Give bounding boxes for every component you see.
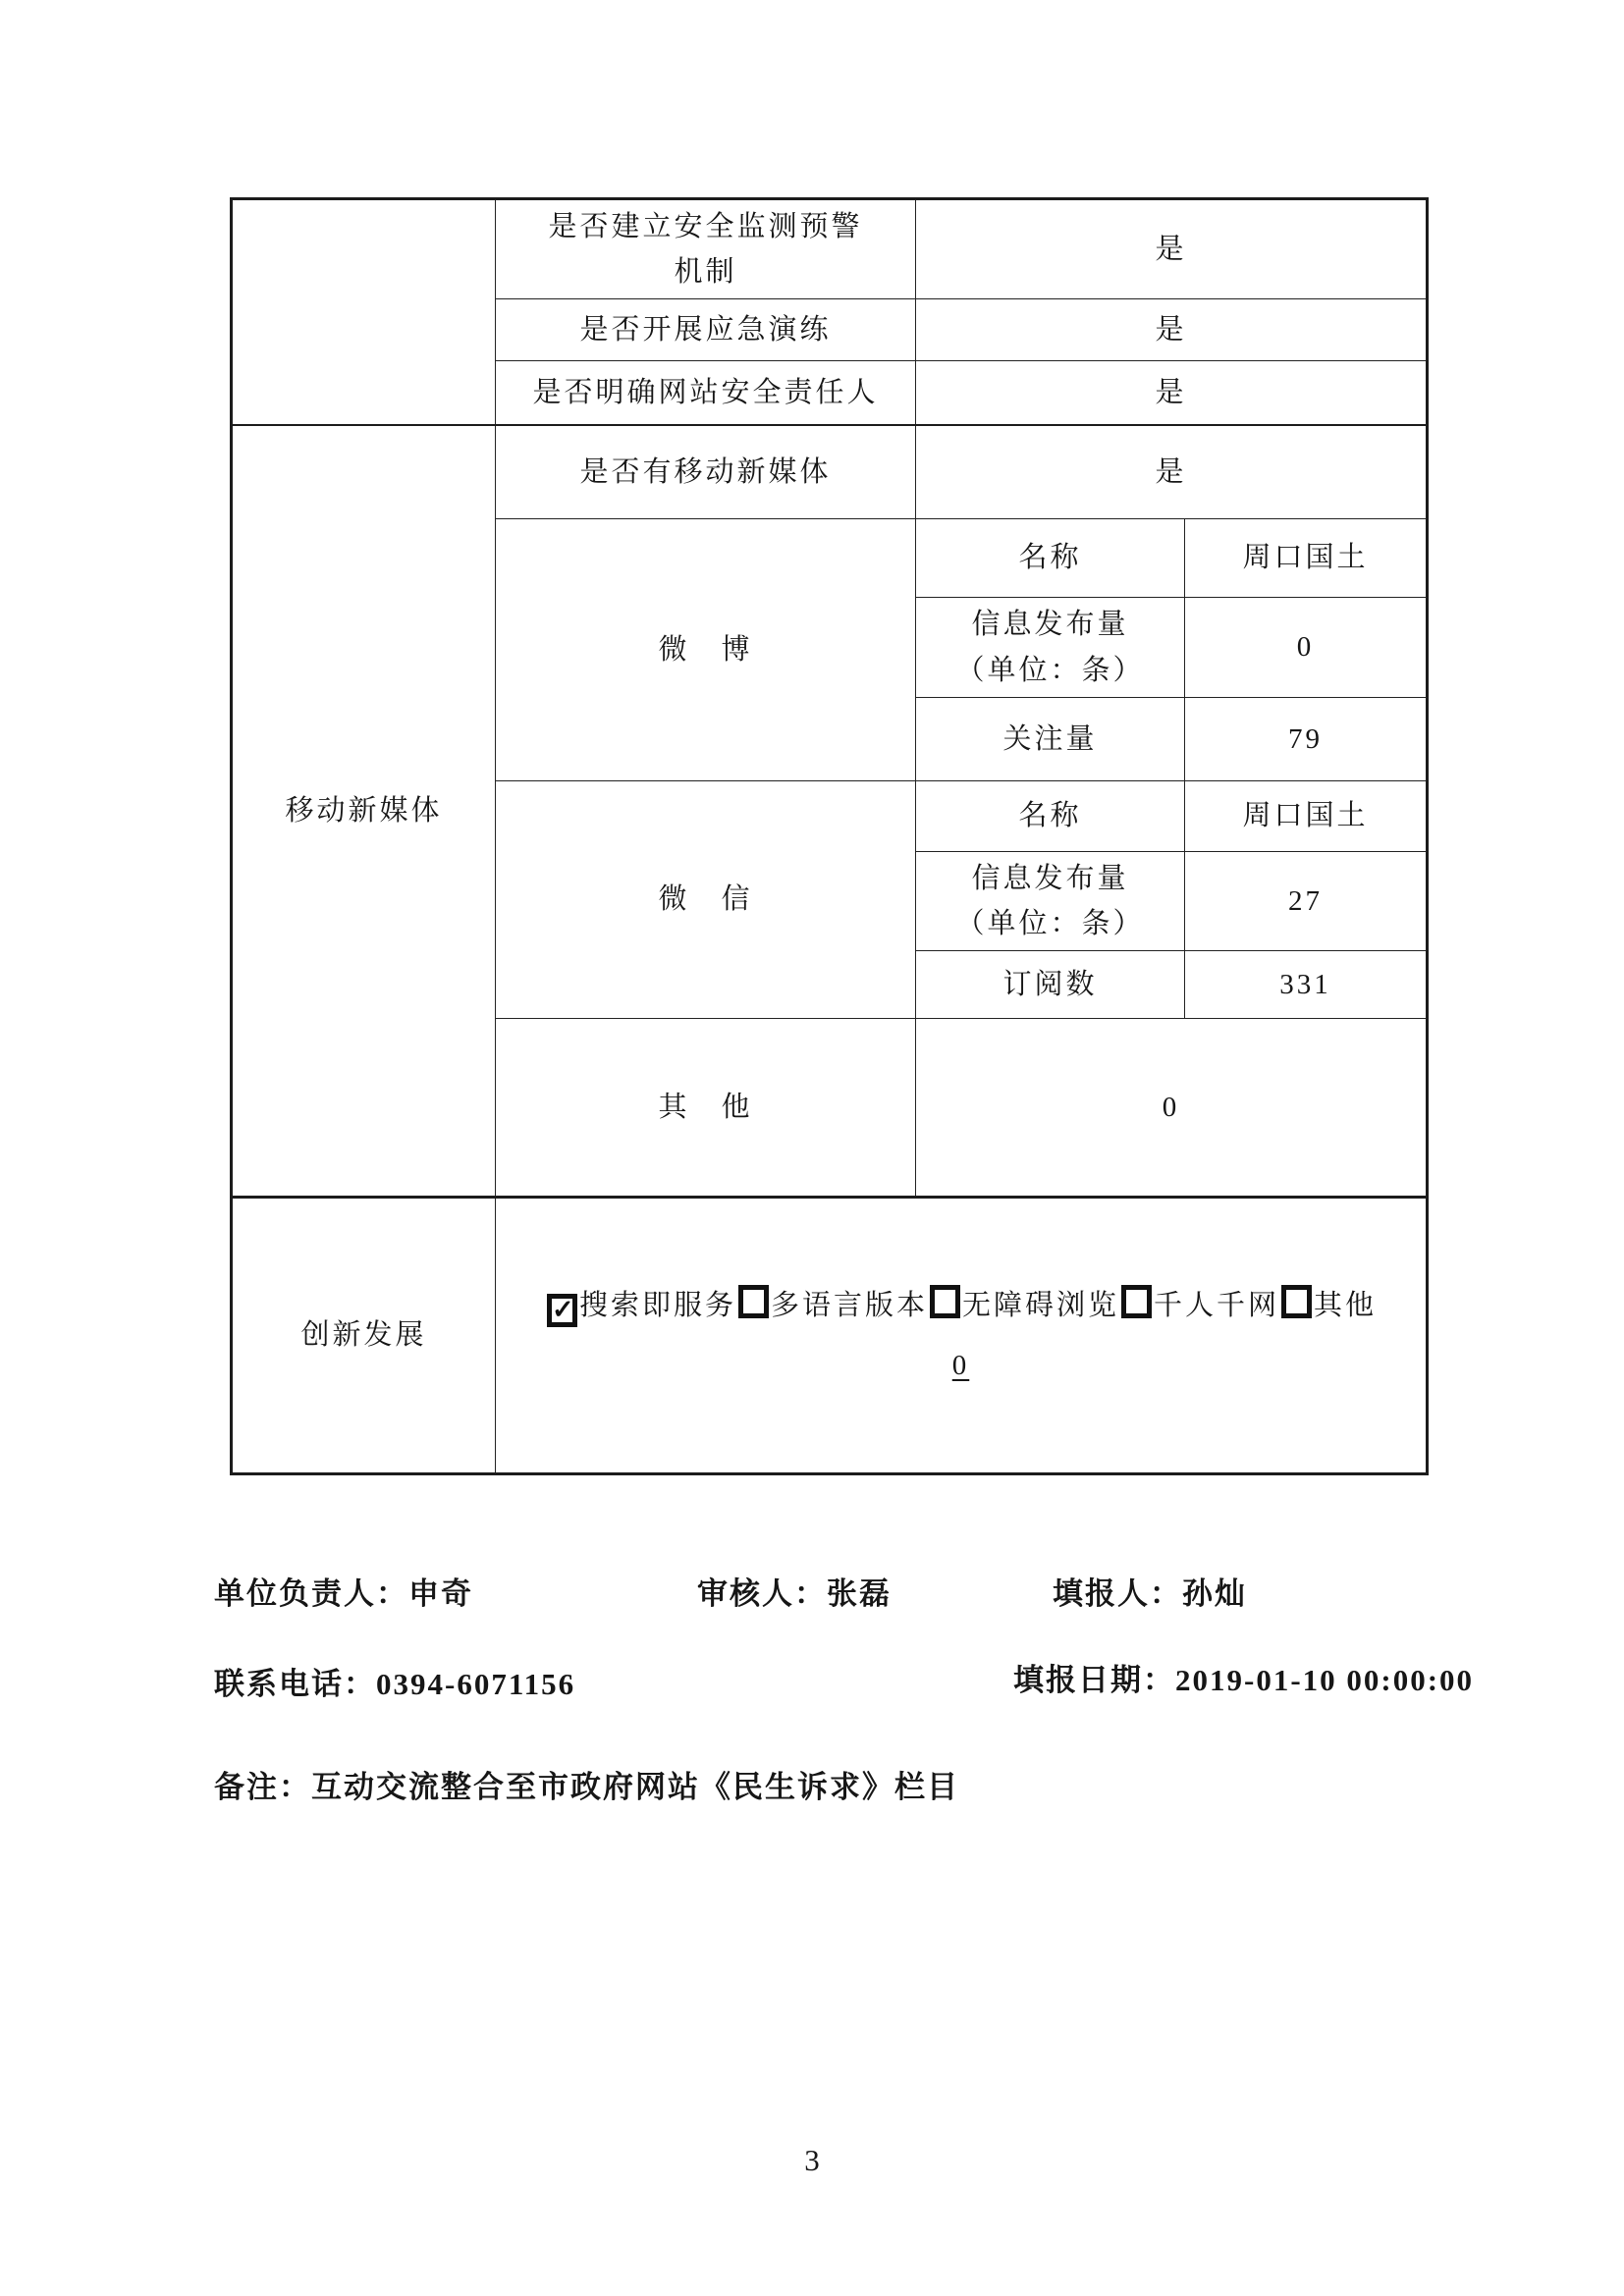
weibo-name-value: 周口国土 [1185,519,1428,598]
table-row: 移动新媒体 是否有移动新媒体 是 [232,425,1428,519]
checkbox-search-service[interactable]: ✓ [547,1294,577,1327]
weibo-publish-label: 信息发布量 （单位：条） [916,598,1185,698]
checkmark-icon: ✓ [552,1299,572,1322]
checkbox-multilingual[interactable] [738,1285,769,1318]
weibo-follow-label: 关注量 [916,698,1185,781]
wechat-subscribe-value: 331 [1185,951,1428,1019]
phone-value: 0394-6071156 [376,1667,575,1701]
checkmark-icon [1126,1290,1147,1313]
wechat-label-cell: 微 信 [496,781,916,1019]
report-date-value: 2019-01-10 00:00:00 [1175,1663,1474,1697]
weibo-label-cell: 微 博 [496,519,916,781]
checkmark-icon [1286,1290,1307,1313]
document-page: 是否建立安全监测预警 机制 是 是否开展应急演练 是 是否明确网站安全责任人 是… [0,0,1624,2296]
table-row: 是否建立安全监测预警 机制 是 [232,199,1428,299]
table-row: 创新发展 ✓搜索即服务多语言版本无障碍浏览千人千网其他 0 [232,1198,1428,1474]
question-emergency-drill: 是否开展应急演练 [496,299,916,361]
option-label-search-service: 搜索即服务 [579,1290,736,1321]
remark-label: 备注： [214,1770,311,1804]
question-has-mobile-media: 是否有移动新媒体 [496,425,916,519]
answer-monitor-warning: 是 [916,199,1428,299]
checkmark-icon [935,1290,955,1313]
checkbox-other[interactable] [1281,1285,1312,1318]
wechat-name-value: 周口国土 [1185,781,1428,852]
page-number: 3 [0,2143,1624,2178]
innovation-options-cell: ✓搜索即服务多语言版本无障碍浏览千人千网其他 0 [496,1198,1428,1474]
wechat-name-label: 名称 [916,781,1185,852]
wechat-publish-label: 信息发布量 （单位：条） [916,852,1185,951]
option-label-multilingual: 多语言版本 [771,1290,928,1321]
unit-head-value: 申奇 [408,1576,473,1611]
wechat-publish-value: 27 [1185,852,1428,951]
option-label-accessibility: 无障碍浏览 [962,1290,1119,1321]
report-date-label: 填报日期： [1013,1663,1175,1697]
innovation-other-value: 0 [506,1343,1416,1388]
reviewer-line: 审核人：张磊 [697,1569,892,1613]
group-cell-innovation: 创新发展 [232,1198,496,1474]
checkbox-accessibility[interactable] [930,1285,960,1318]
phone-line: 联系电话：0394-6071156 [214,1659,575,1703]
checkmark-icon [743,1290,764,1313]
group-cell-continuation [232,199,496,425]
unit-head-line: 单位负责人：申奇 [214,1569,473,1613]
report-date-line: 填报日期：2019-01-10 00:00:00 [1013,1655,1474,1699]
option-label-personalized: 千人千网 [1154,1290,1279,1321]
innovation-options-line: ✓搜索即服务多语言版本无障碍浏览千人千网其他 [506,1283,1416,1328]
unit-head-label: 单位负责人： [214,1576,408,1611]
other-media-value: 0 [916,1019,1428,1198]
group-cell-mobile-media: 移动新媒体 [232,425,496,1198]
filler-label: 填报人： [1053,1576,1182,1611]
answer-emergency-drill: 是 [916,299,1428,361]
remark-value: 互动交流整合至市政府网站《民生诉求》栏目 [311,1770,959,1804]
reviewer-label: 审核人： [697,1576,827,1611]
question-monitor-warning: 是否建立安全监测预警 机制 [496,199,916,299]
filler-line: 填报人：孙灿 [1053,1569,1247,1613]
other-media-label: 其 他 [496,1019,916,1198]
reviewer-value: 张磊 [827,1576,892,1611]
question-security-person: 是否明确网站安全责任人 [496,361,916,425]
report-table: 是否建立安全监测预警 机制 是 是否开展应急演练 是 是否明确网站安全责任人 是… [230,197,1429,1475]
weibo-publish-value: 0 [1185,598,1428,698]
answer-has-mobile-media: 是 [916,425,1428,519]
weibo-follow-value: 79 [1185,698,1428,781]
weibo-name-label: 名称 [916,519,1185,598]
phone-label: 联系电话： [214,1667,376,1701]
option-label-other: 其他 [1314,1290,1377,1321]
checkbox-personalized[interactable] [1121,1285,1152,1318]
wechat-subscribe-label: 订阅数 [916,951,1185,1019]
answer-security-person: 是 [916,361,1428,425]
filler-value: 孙灿 [1182,1576,1247,1611]
remark-line: 备注：互动交流整合至市政府网站《民生诉求》栏目 [214,1762,959,1806]
